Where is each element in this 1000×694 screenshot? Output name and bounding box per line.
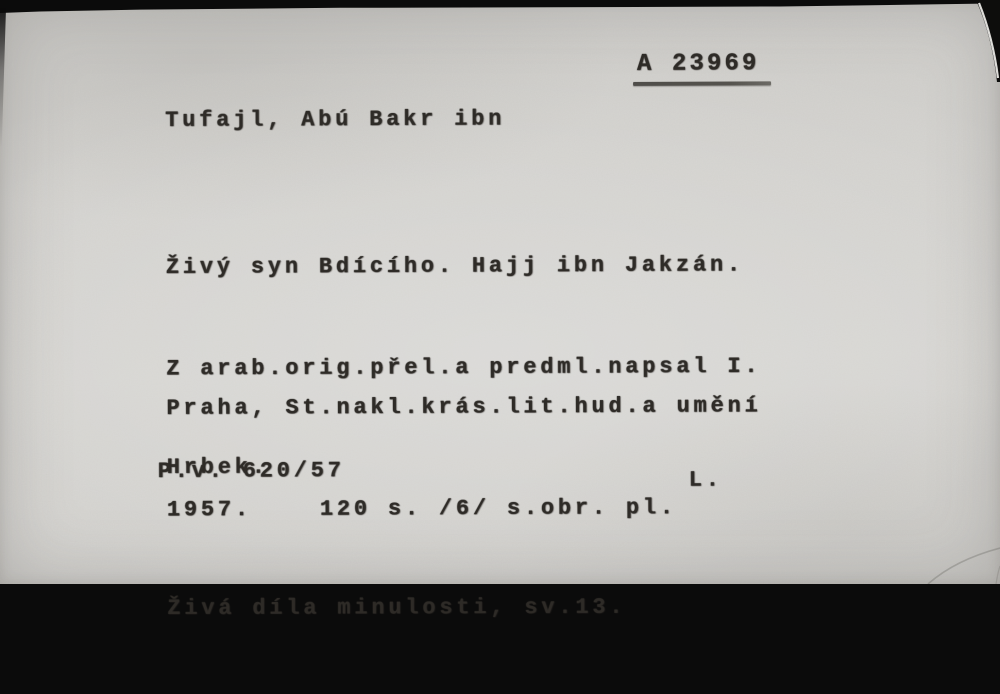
catalog-card: A 23969 Tufajl, Abú Bakr ibn Živý syn Bd… xyxy=(0,0,1000,584)
typewritten-text-layer: A 23969 Tufajl, Abú Bakr ibn Živý syn Bd… xyxy=(0,0,1000,584)
author-heading: Tufajl, Abú Bakr ibn xyxy=(165,102,505,137)
call-number-underline xyxy=(633,81,771,86)
pv-number: P.v. 620/57 xyxy=(158,454,345,488)
imprint-line-2: 1957. 120 s. /6/ s.obr. pl. xyxy=(167,490,762,526)
cataloguer-initial: L. xyxy=(689,464,723,498)
imprint-line-1: Praha, St.nakl.krás.lit.hud.a umění xyxy=(166,389,761,425)
imprint-block: Praha, St.nakl.krás.lit.hud.a umění 1957… xyxy=(166,322,763,584)
call-number: A 23969 xyxy=(637,47,760,81)
title-line-1: Živý syn Bdícího. Hajj ibn Jakzán. xyxy=(166,248,761,284)
